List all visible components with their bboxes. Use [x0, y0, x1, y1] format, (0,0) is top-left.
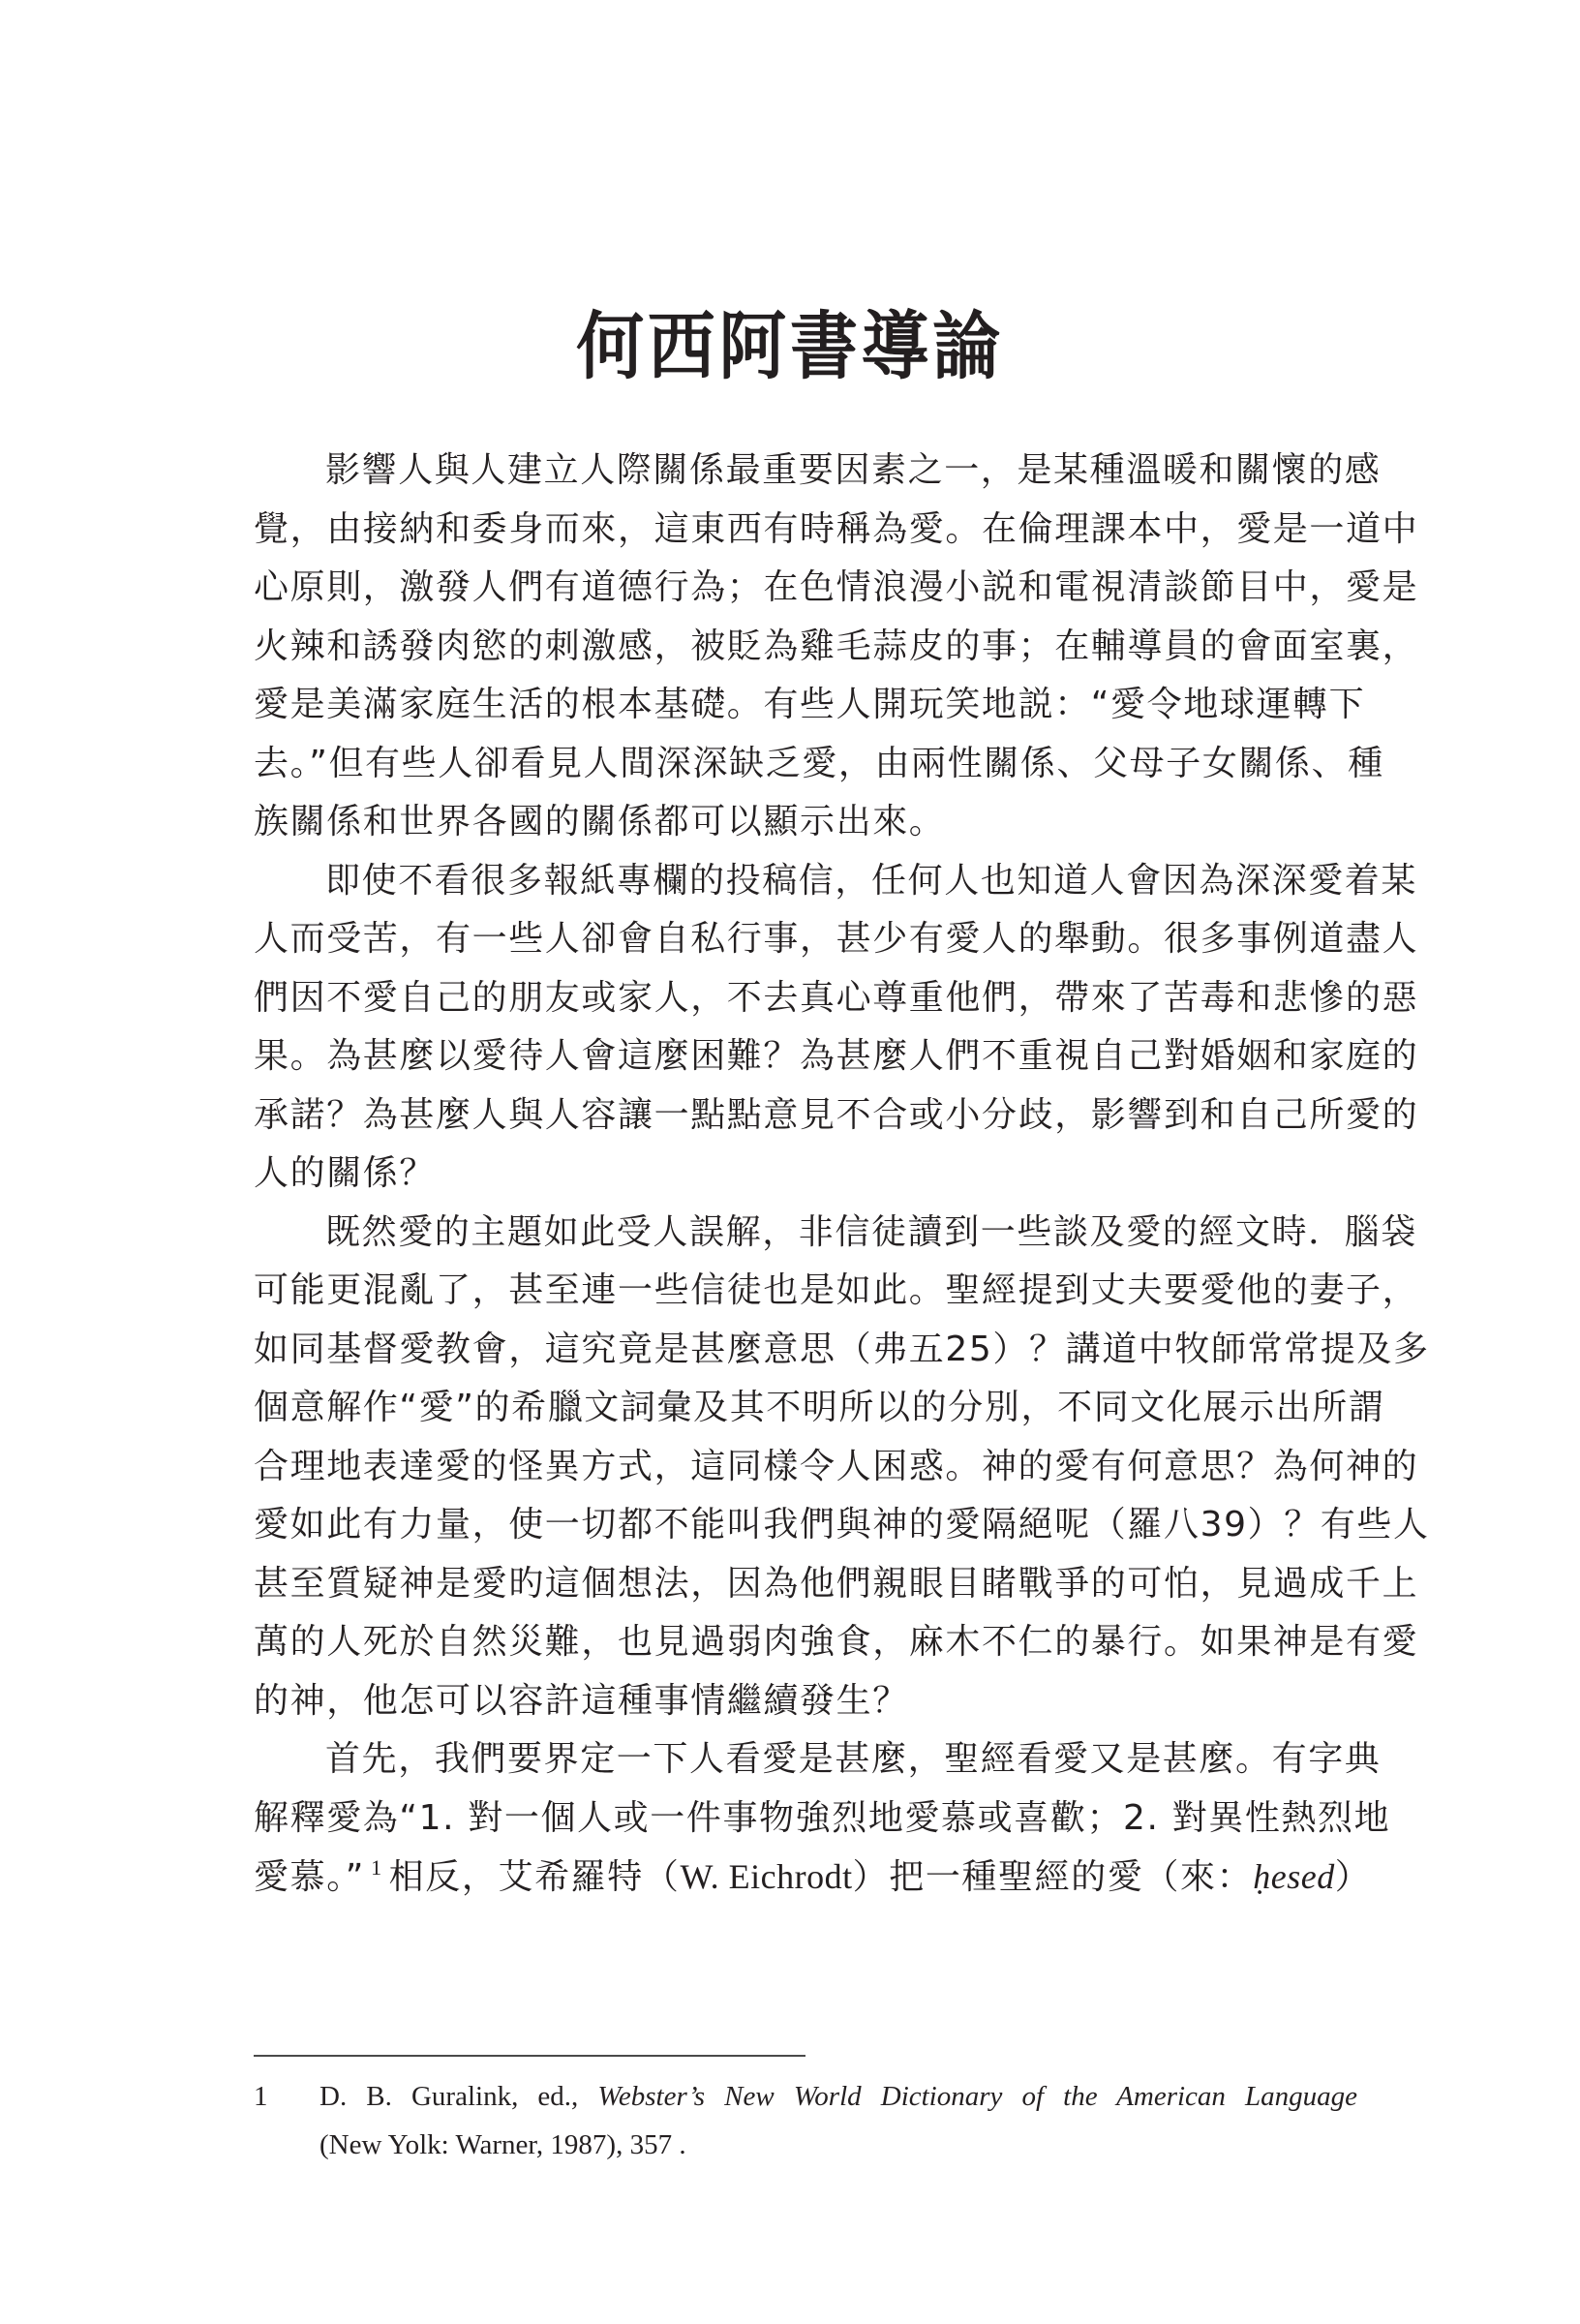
paragraph-4-line-2: 解釋愛為“1. 對一個人或一件事物強烈地愛慕或喜歡；2. 對異性熱烈地: [254, 1789, 1357, 1849]
paragraph-2-line-3: 們因不愛自己的朋友或家人，不去真心尊重他們，帶來了苦毒和悲慘的惡: [254, 969, 1357, 1028]
footnote-book-title: Webster’s New World Dictionary of the Am…: [597, 2081, 1357, 2112]
document-page: 何西阿書導論 影響人與人建立人際關係最重要因素之一，是某種溫暖和關懷的感 覺，由…: [0, 0, 1580, 2324]
paragraph-1-line-2: 覺，由接納和委身而來，這東西有時稱為愛。在倫理課本中，愛是一道中: [254, 501, 1357, 560]
paragraph-4-line-1: 首先，我們要界定一下人看愛是甚麼，聖經看愛又是甚麼。有字典: [254, 1730, 1357, 1789]
footnote-reference[interactable]: 1: [365, 1855, 389, 1880]
text-segment: ）把一種聖經的愛（來：: [853, 1857, 1254, 1897]
footnote-divider: [254, 2055, 805, 2057]
author-name-latin: W. Eichrodt: [680, 1857, 852, 1896]
hebrew-term: ḥesed: [1253, 1857, 1334, 1896]
footnote-number: 1: [254, 2072, 319, 2121]
paragraph-1-line-1: 影響人與人建立人際關係最重要因素之一，是某種溫暖和關懷的感: [254, 442, 1357, 501]
paragraph-1-line-4: 火辣和誘發肉慾的刺激感，被貶為雞毛蒜皮的事；在輔導員的會面室裏，: [254, 618, 1357, 677]
paragraph-3-line-6: 愛如此有力量，使一切都不能叫我們與神的愛隔絕呢（羅八39）？有些人: [254, 1496, 1357, 1555]
paragraph-3-line-5: 合理地表達愛的怪異方式，這同樣令人困惑。神的愛有何意思？為何神的: [254, 1438, 1357, 1497]
footnote-citation: D. B. Guralink, ed., Webster’s New World…: [319, 2072, 1357, 2121]
paragraph-2-line-5: 承諾？為甚麼人與人容讓一點點意見不合或小分歧，影響到和自己所愛的: [254, 1086, 1357, 1146]
chapter-title: 何西阿書導論: [63, 303, 1516, 390]
text-segment: 相反，艾希羅特（: [389, 1857, 681, 1897]
footnote-author: D. B. Guralink, ed.,: [319, 2081, 597, 2112]
paragraph-3-line-2: 可能更混亂了，甚至連一些信徒也是如此。聖經提到丈夫要愛他的妻子，: [254, 1262, 1357, 1321]
paragraph-3-line-3: 如同基督愛教會，這究竟是甚麼意思（弗五25）？講道中牧師常常提及多: [254, 1321, 1357, 1380]
paragraph-3-line-1: 既然愛的主題如此受人誤解，非信徒讀到一些談及愛的經文時．腦袋: [254, 1204, 1357, 1263]
paragraph-4-line-3: 愛慕。”1相反，艾希羅特（W. Eichrodt）把一種聖經的愛（來：ḥesed…: [254, 1848, 1357, 1907]
paragraph-3-line-8: 萬的人死於自然災難，也見過弱肉強食，麻木不仁的暴行。如果神是有愛: [254, 1613, 1357, 1672]
footnote-1: 1 D. B. Guralink, ed., Webster’s New Wor…: [254, 2072, 1357, 2169]
paragraph-3-line-7: 甚至質疑神是愛旳這個想法，因為他們親眼目睹戰爭的可怕，見過成千上: [254, 1555, 1357, 1614]
text-segment: ）: [1335, 1857, 1372, 1897]
paragraph-1-line-3: 心原則，激發人們有道德行為；在色情浪漫小説和電視清談節目中，愛是: [254, 559, 1357, 618]
paragraph-3-line-9: 的神，他怎可以容許這種事情繼續發生？: [254, 1672, 1357, 1731]
footnote-publication: (New Yolk: Warner, 1987), 357 .: [254, 2121, 1357, 2169]
paragraph-1-line-7: 族關係和世界各國的關係都可以顯示出來。: [254, 793, 1357, 852]
paragraph-3-line-4: 個意解作“愛”的希臘文詞彙及其不明所以的分別，不同文化展示出所謂: [254, 1379, 1357, 1438]
paragraph-2-line-2: 人而受苦，有一些人卻會自私行事，甚少有愛人的舉動。很多事例道盡人: [254, 910, 1357, 969]
paragraph-2-line-4: 果。為甚麼以愛待人會這麼困難？為甚麼人們不重視自己對婚姻和家庭的: [254, 1027, 1357, 1086]
paragraph-2-line-6: 人的關係？: [254, 1145, 1357, 1204]
paragraph-2-line-1: 即使不看很多報紙專欄的投稿信，任何人也知道人會因為深深愛着某: [254, 852, 1357, 911]
text-segment: 愛慕。”: [254, 1857, 365, 1897]
paragraph-1-line-6: 去。”但有些人卻看見人間深深缺乏愛，由兩性關係、父母子女關係、種: [254, 735, 1357, 794]
body-text: 影響人與人建立人際關係最重要因素之一，是某種溫暖和關懷的感 覺，由接納和委身而來…: [254, 442, 1357, 1907]
paragraph-1-line-5: 愛是美滿家庭生活的根本基礎。有些人開玩笑地説：“愛令地球運轉下: [254, 676, 1357, 735]
